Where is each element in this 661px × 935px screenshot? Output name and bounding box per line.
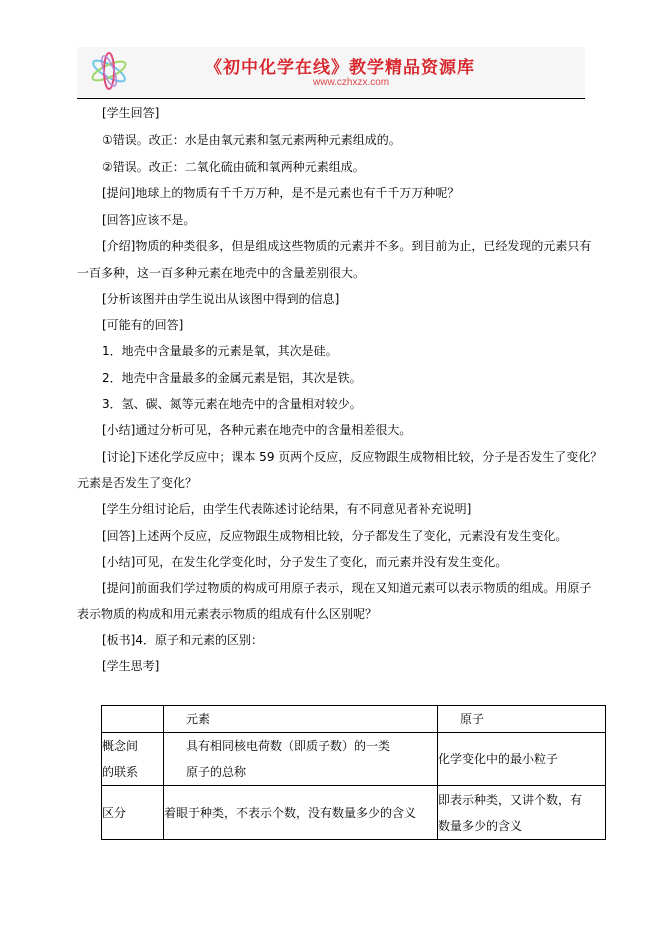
atom-cell: 即表示种类，又讲个数，有 数量多少的含义 xyxy=(438,786,606,840)
atom-cell: 化学变化中的最小粒子 xyxy=(438,733,606,786)
cell-line: 原子的总称 xyxy=(186,759,437,785)
paragraph: [提问]地球上的物质有千千万万种，是不是元素也有千千万万种呢？ xyxy=(102,186,459,200)
paragraph: 1．地壳中含量最多的元素是氧，其次是硅。 xyxy=(102,344,338,358)
paragraph: 表示物质的构成和用元素表示物质的组成有什么区别呢？ xyxy=(77,607,377,621)
header-banner: 《初中化学在线》教学精品资源库 www.czhxzx.com xyxy=(77,47,585,97)
paragraph: ②错误。改正：二氧化硫由硫和氧两种元素组成。 xyxy=(102,160,365,174)
paragraph: 一百多种，这一百多种元素在地壳中的含量差别很大。 xyxy=(77,266,365,280)
paragraph: [小结]可见，在发生化学变化时，分子发生了变化，而元素并没有发生变化。 xyxy=(102,555,507,569)
table-header-cell xyxy=(102,706,164,733)
atom-element-comparison-table: 元素 原子 概念间 的联系 具有相同核电荷数（即质子数）的一类 原子的总称 化学… xyxy=(101,705,606,840)
paragraph: [介绍]物质的种类很多，但是组成这些物质的元素并不多。到目前为止，已经发现的元素… xyxy=(102,239,591,253)
paragraph: 元素是否发生了变化？ xyxy=(77,476,197,490)
paragraph: [学生思考] xyxy=(102,659,159,673)
paragraph: [小结]通过分析可见，各种元素在地壳中的含量相差很大。 xyxy=(102,423,411,437)
paragraph: [回答]上述两个反应，反应物跟生成物相比较，分子都发生了变化，元素没有发生变化。 xyxy=(102,529,567,543)
paragraph: 3．氢、碳、氮等元素在地壳中的含量相对较少。 xyxy=(102,397,362,411)
paragraph: [提问]前面我们学过物质的构成可用原子表示，现在又知道元素可以表示物质的组成。用… xyxy=(102,581,591,595)
cell-line: 具有相同核电荷数（即质子数）的一类 xyxy=(186,733,437,759)
table-row: 概念间 的联系 具有相同核电荷数（即质子数）的一类 原子的总称 化学变化中的最小… xyxy=(102,733,606,786)
paragraph: [讨论]下述化学反应中；课本 59 页两个反应，反应物跟生成物相比较，分子是否发… xyxy=(102,450,602,464)
cell-line: 区分 xyxy=(102,800,163,826)
cell-line: 数量多少的含义 xyxy=(438,813,605,839)
paragraph: [分析该图并由学生说出从该图中得到的信息] xyxy=(102,292,339,306)
cell-line: 着眼于种类，不表示个数，没有数量多少的含义 xyxy=(164,800,437,826)
table-header-cell: 原子 xyxy=(438,706,606,733)
header-divider xyxy=(77,98,585,99)
paragraph: 2．地壳中含量最多的金属元素是铝，其次是铁。 xyxy=(102,371,362,385)
paragraph: [回答]应该不是。 xyxy=(102,213,195,227)
paragraph: ①错误。改正：水是由氧元素和氢元素两种元素组成的。 xyxy=(102,133,401,147)
cell-line: 即表示种类，又讲个数，有 xyxy=(438,787,605,813)
cell-line: 概念间 xyxy=(102,733,163,759)
banner-title: 《初中化学在线》教学精品资源库 xyxy=(205,53,475,78)
paragraph: [可能有的回答] xyxy=(102,318,183,332)
atom-orbit-logo-icon xyxy=(87,49,131,93)
element-cell: 具有相同核电荷数（即质子数）的一类 原子的总称 xyxy=(164,733,438,786)
paragraph: [学生回答] xyxy=(102,106,159,120)
table-row: 区分 着眼于种类，不表示个数，没有数量多少的含义 即表示种类，又讲个数，有 数量… xyxy=(102,786,606,840)
row-label-cell: 区分 xyxy=(102,786,164,840)
banner-url: www.czhxzx.com xyxy=(313,77,389,88)
paragraph: [学生分组讨论后，由学生代表陈述讨论结果，有不同意见者补充说明] xyxy=(102,502,471,516)
element-cell: 着眼于种类，不表示个数，没有数量多少的含义 xyxy=(164,786,438,840)
paragraph: [板书]4．原子和元素的区别： xyxy=(102,633,263,647)
table-header-cell: 元素 xyxy=(164,706,438,733)
cell-line: 化学变化中的最小粒子 xyxy=(438,746,605,772)
cell-line: 的联系 xyxy=(102,759,163,785)
table-header-row: 元素 原子 xyxy=(102,706,606,733)
row-label-cell: 概念间 的联系 xyxy=(102,733,164,786)
